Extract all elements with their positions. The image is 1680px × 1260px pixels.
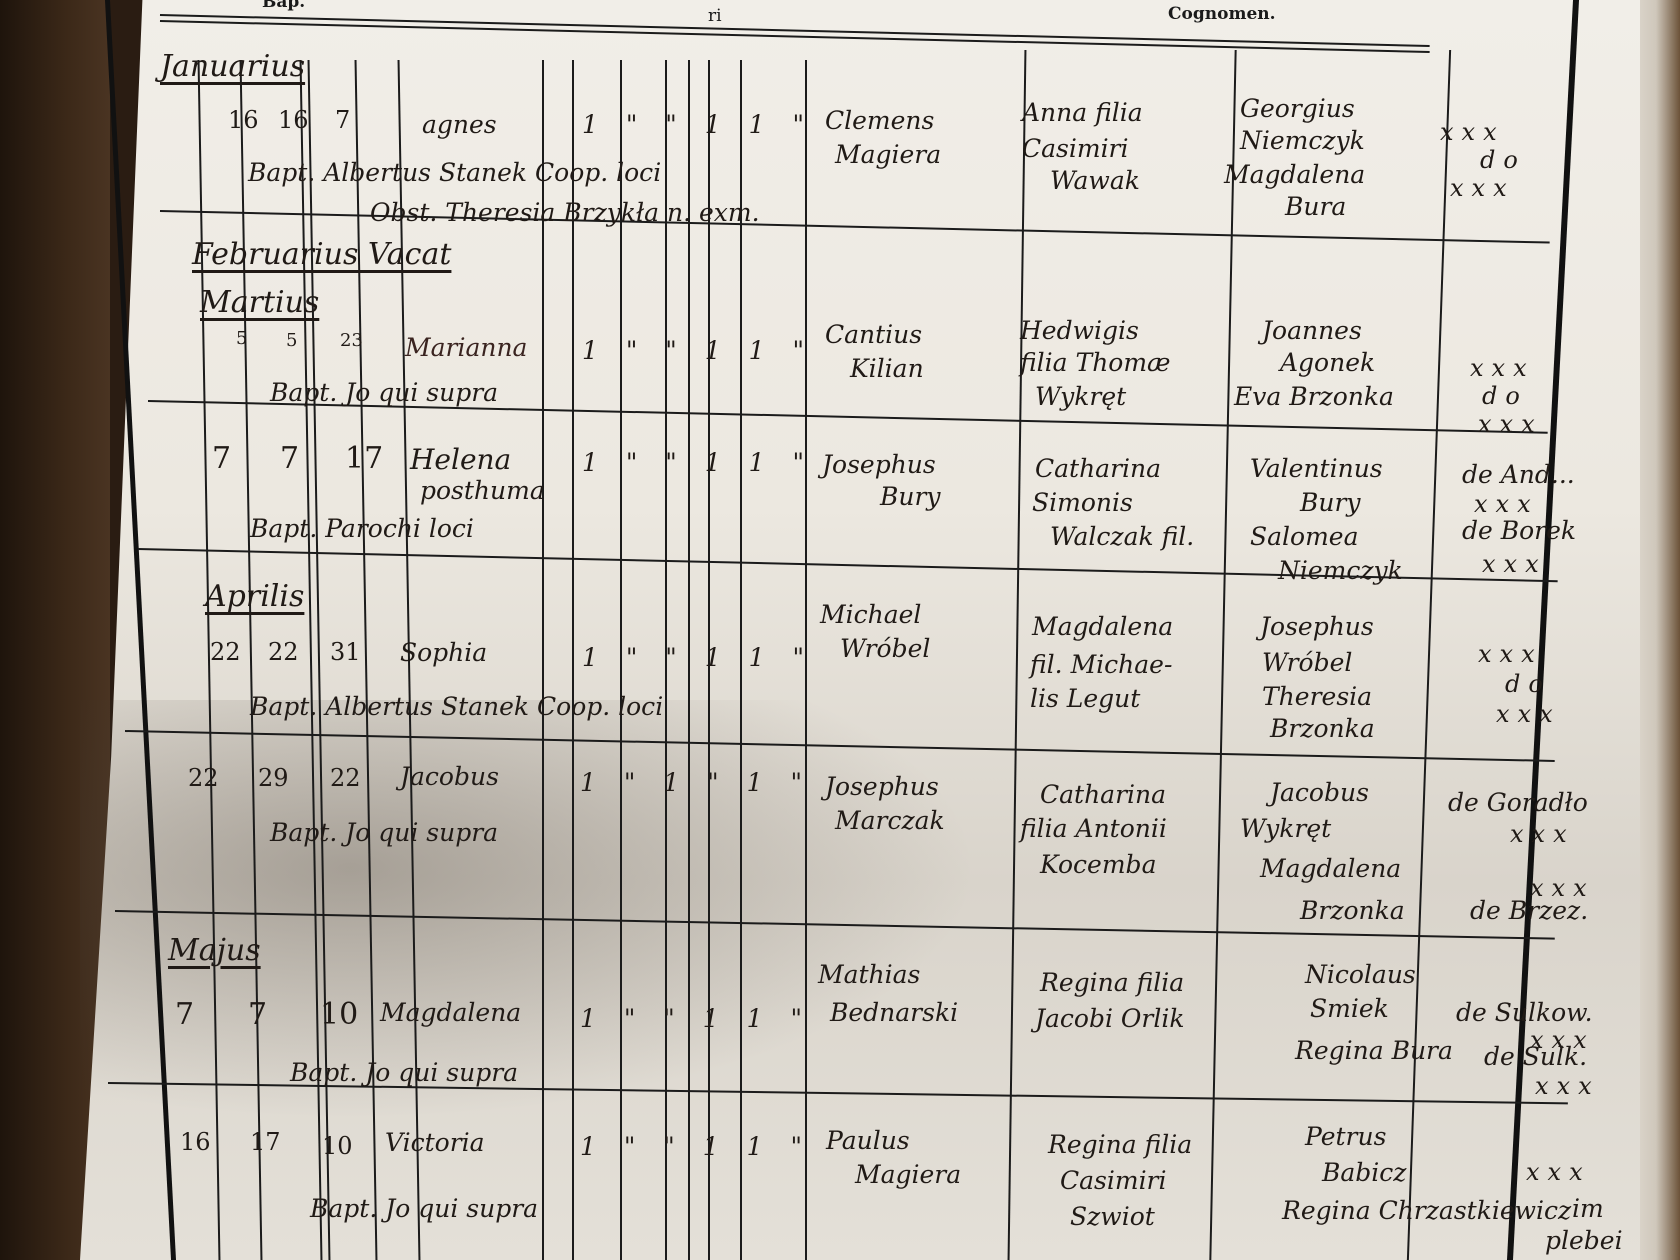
mother-line: Wawak (1050, 168, 1140, 193)
child-name: Marianna (405, 335, 527, 360)
godparent-line: Niemczyk (1240, 128, 1365, 153)
mother-line: Hedwigis (1020, 318, 1139, 343)
child-name: Sophia (400, 640, 487, 665)
remark-line: xxx (1450, 176, 1515, 200)
mother-line: Walczak fil. (1050, 524, 1194, 549)
remark-line: do (1480, 148, 1526, 172)
mother-line: Wykręt (1035, 384, 1126, 409)
house-number: 10 (320, 1000, 358, 1030)
month-label: Aprilis (205, 582, 304, 612)
remark-line: de Goradło (1448, 790, 1588, 815)
remark-line: de And... (1462, 462, 1575, 487)
godparent-line: Wróbel (1262, 650, 1352, 675)
godparent-line: Regina Chrzastkiewicz (1282, 1198, 1571, 1223)
mother-line: Casimiri (1060, 1168, 1167, 1193)
birth-day: 5 (236, 330, 247, 348)
baptism-day: 5 (286, 332, 297, 350)
baptizer-note: Bapt. Albertus Stanek Coop. loci (250, 694, 663, 719)
remark-line: xxx (1478, 642, 1543, 666)
father-name: Paulus (826, 1128, 910, 1153)
mother-line: Catharina (1035, 456, 1161, 481)
house-number: 31 (330, 640, 361, 664)
mother-line: filia Antonii (1020, 816, 1167, 841)
tally-marks: 1 " " 1 1 " (580, 1006, 812, 1031)
mother-line: fil. Michae- (1030, 652, 1172, 677)
godparent-line: Jacobus (1270, 780, 1369, 805)
mother-line: Kocemba (1040, 852, 1156, 877)
house-number: 7 (335, 108, 350, 132)
baptism-day: 16 (278, 108, 309, 132)
birth-day: 7 (175, 1000, 194, 1030)
child-name-suffix: posthuma (420, 478, 545, 503)
child-name: Victoria (385, 1130, 485, 1155)
birth-day: 22 (188, 766, 219, 790)
baptizer-note: Bapt. Jo qui supra (310, 1196, 538, 1221)
godparent-line: Brzonka (1300, 898, 1405, 923)
remark-line: do (1505, 672, 1551, 696)
remark-line: xxx (1470, 356, 1535, 380)
godparent-line: Petrus (1305, 1124, 1386, 1149)
mother-line: Anna filia (1022, 100, 1143, 125)
month-label: Februarius Vacat (192, 240, 451, 270)
child-name: Jacobus (400, 764, 499, 789)
remark-line: xxx (1526, 1160, 1591, 1184)
birth-day: 22 (210, 640, 241, 664)
remark-line: xxx (1474, 492, 1539, 516)
remark-line: de Sulkow. (1456, 1000, 1593, 1025)
godparent-line: Wykręt (1240, 816, 1331, 841)
remark-line: de Brzez. (1470, 898, 1588, 923)
baptizer-note: Bapt. Jo qui supra (270, 380, 498, 405)
remark-line: xxx (1510, 822, 1575, 846)
mother-line: filia Thomæ (1020, 350, 1171, 375)
tally-marks: 1 " " 1 1 " (582, 112, 814, 137)
remark-line: xxx (1482, 552, 1547, 576)
godparent-line: Agonek (1280, 350, 1375, 375)
godparent-line: Niemczyk (1278, 558, 1403, 583)
godparent-line: Eva Brzonka (1234, 384, 1394, 409)
mother-line: Casimiri (1022, 136, 1129, 161)
baptism-day: 22 (268, 640, 299, 664)
godparent-line: Josephus (1260, 614, 1374, 639)
godparent-line: Salomea (1250, 524, 1358, 549)
godparent-line: Valentinus (1250, 456, 1383, 481)
father-name: Clemens (825, 108, 934, 133)
godparent-line: Bury (1300, 490, 1361, 515)
remark-line: xxx (1478, 412, 1543, 436)
remark-line: de Sulk. (1484, 1044, 1587, 1069)
header-ri-label: ri (708, 6, 722, 26)
mother-line: Simonis (1032, 490, 1133, 515)
godparent-line: Magdalena (1260, 856, 1401, 881)
mother-line: Regina filia (1040, 970, 1184, 995)
mother-line: Catharina (1040, 782, 1166, 807)
father-surname: Magiera (855, 1162, 961, 1187)
header-bap-label: Bap. (262, 0, 305, 12)
godparent-line: Theresia (1262, 684, 1372, 709)
father-surname: Bury (880, 484, 941, 509)
father-name: Cantius (825, 322, 922, 347)
midwife-note: Obst. Theresia Brzykła n. exm. (370, 200, 760, 225)
baptizer-note: Bapt. Parochi loci (250, 516, 474, 541)
mother-line: Szwiot (1070, 1204, 1155, 1229)
birth-day: 16 (180, 1130, 211, 1154)
mother-line: Jacobi Orlik (1035, 1006, 1185, 1031)
remark-line: de Borek (1462, 518, 1576, 543)
baptizer-note: Bapt. Albertus Stanek Coop. loci (248, 160, 661, 185)
birth-day: 7 (212, 444, 231, 474)
godparent-line: Smiek (1310, 996, 1389, 1021)
mother-line: Regina filia (1048, 1132, 1192, 1157)
baptizer-note: Bapt. Jo qui supra (290, 1060, 518, 1085)
godparent-line: Brzonka (1270, 716, 1375, 741)
house-number: 10 (322, 1134, 353, 1158)
father-surname: Wróbel (840, 636, 930, 661)
godparent-line: Georgius (1240, 96, 1355, 121)
baptism-day: 7 (248, 1000, 267, 1030)
father-name: Michael (820, 602, 921, 627)
father-name: Mathias (818, 962, 920, 987)
month-label: Martius (200, 288, 319, 318)
remark-line: xxx (1535, 1074, 1600, 1098)
child-name: Helena (410, 446, 511, 474)
house-number: 23 (340, 332, 363, 350)
godparent-line: Babicz (1322, 1160, 1406, 1185)
godparent-line: Nicolaus (1305, 962, 1416, 987)
header-cognomen-label: Cognomen. (1168, 4, 1276, 24)
tally-marks: 1 " " 1 1 " (582, 645, 814, 670)
father-name: Josephus (822, 452, 936, 477)
remark-line: do (1482, 384, 1528, 408)
remark-line: xxx (1496, 702, 1561, 726)
father-surname: Magiera (835, 142, 941, 167)
remark-line: im (1572, 1196, 1604, 1221)
remark-line: xxx (1440, 120, 1505, 144)
father-surname: Kilian (850, 356, 924, 381)
house-number: 22 (330, 766, 361, 790)
month-label: Majus (168, 936, 261, 966)
col-rule (572, 60, 574, 1260)
baptism-day: 29 (258, 766, 289, 790)
godparent-line: Joannes (1262, 318, 1362, 343)
tally-marks: 1 " " 1 1 " (582, 450, 814, 475)
tally-marks: 1 " " 1 1 " (582, 338, 814, 363)
baptizer-note: Bapt. Jo qui supra (270, 820, 498, 845)
baptism-day: 17 (250, 1130, 281, 1154)
remark-line: plebei (1545, 1228, 1623, 1253)
tally-marks: 1 " 1 " 1 " (580, 770, 812, 795)
godparent-line: Bura (1285, 194, 1346, 219)
baptism-day: 7 (280, 444, 299, 474)
col-rule (542, 60, 544, 1260)
mother-line: Magdalena (1032, 614, 1173, 639)
child-name: Magdalena (380, 1000, 521, 1025)
house-number: 17 (345, 444, 383, 474)
father-name: Josephus (825, 774, 939, 799)
father-surname: Marczak (835, 808, 945, 833)
godparent-line: Regina Bura (1295, 1038, 1453, 1063)
tally-marks: 1 " " 1 1 " (580, 1134, 812, 1159)
mother-line: lis Legut (1030, 686, 1140, 711)
month-label: Januarius (160, 52, 305, 82)
father-surname: Bednarski (830, 1000, 958, 1025)
child-name: agnes (422, 112, 497, 137)
godparent-line: Magdalena (1224, 162, 1365, 187)
birth-day: 16 (228, 108, 259, 132)
